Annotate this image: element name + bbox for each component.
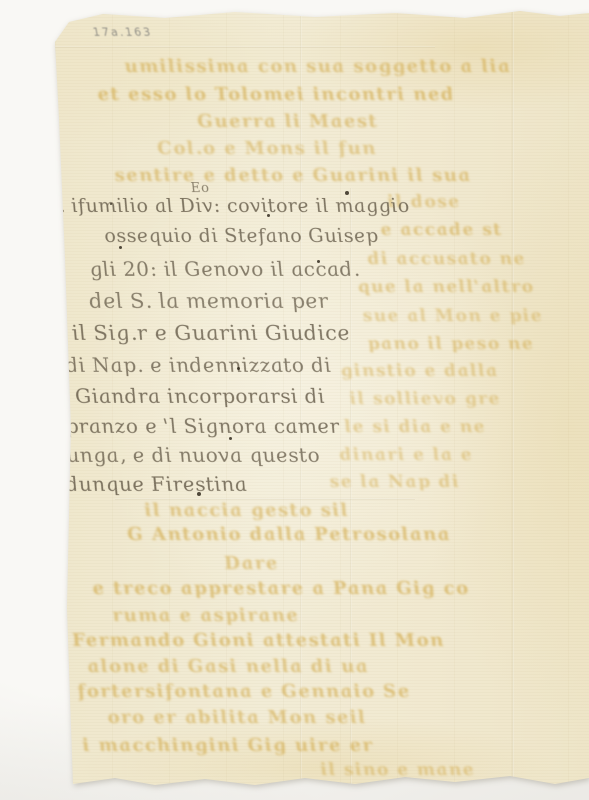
- bleedthrough-line: il naccia gesto sil: [142, 502, 351, 520]
- bleedthrough-line: di accusato ne: [365, 251, 528, 268]
- ink-line: Giandra incorporarsi di: [72, 386, 327, 406]
- manuscript-page-wrap: 17a.163 umilissima con sua soggetto a li…: [55, 8, 589, 786]
- scanned-manuscript-screenshot: { "document": { "description": "Aged man…: [0, 0, 589, 800]
- bleedthrough-line: alone di Gasi nella di ua: [85, 658, 371, 676]
- vertical-crease: [512, 8, 514, 786]
- ink-line: dunque Firestina: [62, 474, 249, 494]
- archival-pencil-number: 17a.163: [92, 26, 154, 39]
- ink-speck: [110, 203, 112, 205]
- ink-line: di Nap. e indennizzato di: [62, 355, 334, 375]
- ink-speck: [119, 246, 122, 249]
- ink-speck: [317, 260, 320, 263]
- bleedthrough-line: ruma e aspirane: [110, 607, 301, 625]
- bleedthrough-line: Col.o e Mons il fun: [155, 140, 379, 158]
- bleedthrough-line: dinari e la e: [337, 447, 475, 464]
- ink-speck: [197, 492, 201, 496]
- bleedthrough-line: sentire e detto e Guarini il sua: [112, 167, 474, 185]
- ink-line: Eo: [189, 182, 211, 195]
- ink-line: lunga, e di nuova questo: [56, 445, 322, 465]
- bleedthrough-line: G Antonio dalla Petrosolana: [125, 526, 453, 544]
- bleedthrough-line: pano il peso ne: [365, 336, 536, 353]
- ink-line: gli 20: il Genovo il accad.: [86, 259, 362, 279]
- ink-speck: [229, 437, 232, 440]
- bleedthrough-line: Fermando Gioni attestati Il Mon: [70, 632, 447, 650]
- ink-line: il Sig.r e Guarini Giudice: [69, 323, 353, 344]
- bleedthrough-line: que la nell'altro: [355, 279, 536, 296]
- bleedthrough-line: se la Nap di: [327, 474, 462, 491]
- bleedthrough-line: sue al Mon e pie: [360, 308, 545, 325]
- bleedthrough-line: i macchingini Gig uire er: [80, 737, 376, 755]
- bleedthrough-line: et esso lo Tolomei incontri ned: [95, 86, 457, 104]
- ink-line: . ifumilio al Div: covitore il maggio: [56, 197, 413, 216]
- ink-line: pranzo e 'l Signora camer: [62, 416, 342, 436]
- bleedthrough-line: ginstio e dalla: [338, 363, 500, 380]
- ink-line: ossequio di Stefano Guisep: [102, 227, 381, 246]
- manuscript-page: 17a.163 umilissima con sua soggetto a li…: [55, 8, 589, 786]
- bleedthrough-line: oro er abilita Mon seil: [105, 709, 369, 727]
- bleedthrough-line: e treco apprestare a Pana Gig co: [90, 580, 472, 598]
- bleedthrough-line: Dare: [222, 555, 281, 573]
- bleedthrough-line: fortersifontana e Gennaio Se: [75, 683, 413, 701]
- bleedthrough-line: il sino e mane: [318, 762, 477, 779]
- ink-speck: [267, 214, 270, 217]
- horizontal-crease: [55, 46, 435, 48]
- ink-line: del S. la memoria per: [86, 291, 331, 312]
- bleedthrough-line: Guerra li Maest: [195, 113, 381, 131]
- bleedthrough-line: il sollievo gre: [347, 391, 503, 408]
- ink-speck: [237, 367, 240, 370]
- bleedthrough-line: le si dia e ne: [342, 419, 488, 436]
- ink-speck: [345, 191, 349, 195]
- bleedthrough-line: e accade st: [378, 222, 505, 239]
- bleedthrough-line: umilissima con sua soggetto a lia: [122, 58, 513, 76]
